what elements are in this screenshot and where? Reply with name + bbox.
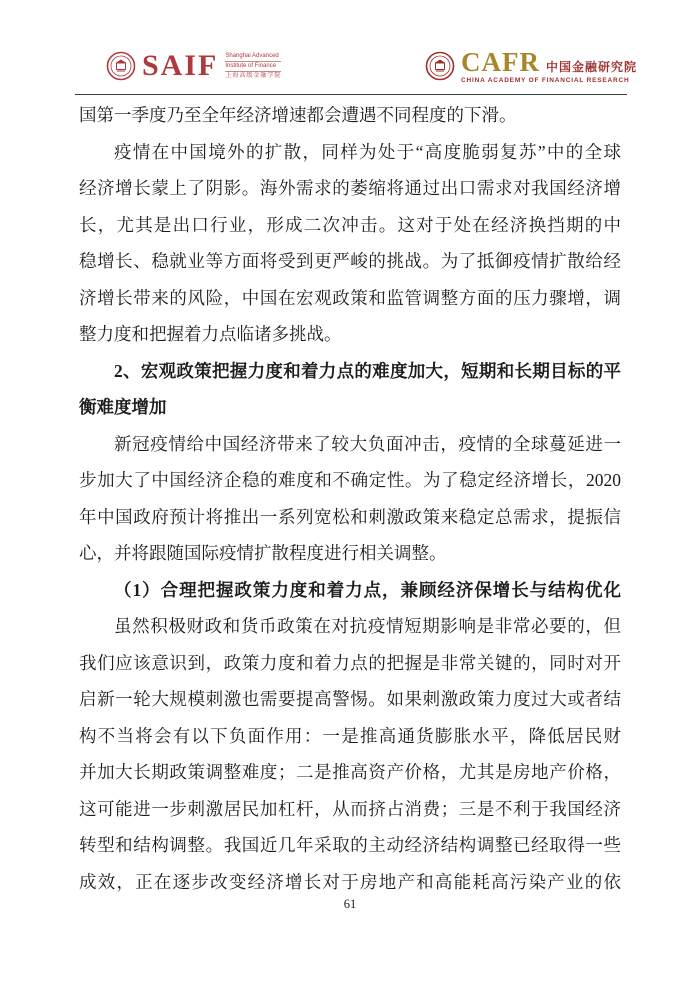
saif-seal-icon [106,51,136,81]
cafr-acronym: CAFR [461,49,540,75]
subsection-heading-line: （1）合理把握政策力度和着力点，兼顾经济保增长与结构优化 [79,572,621,609]
header-divider [75,94,627,95]
saif-acronym: SAIF [142,51,218,81]
text-line: 并加大长期政策调整难度；二是推高资产价格，尤其是房地产价格， [79,754,621,791]
saif-subtitle-en-2: Institute of Finance [225,62,281,72]
page-number: 61 [0,897,700,912]
text-line: 步加大了中国经济企稳的难度和不确定性。为了稳定经济增长，2020 [79,462,621,499]
text-line: 国第一季度乃至全年经济增速都会遭遇不同程度的下滑。 [79,97,621,134]
text-line: 虽然积极财政和货币政策在对抗疫情短期影响是非常必要的，但 [79,608,621,645]
section-heading-line: 衡难度增加 [79,389,621,426]
cafr-chinese-name: 中国金融研究院 [546,58,637,75]
report-page: SAIF Shanghai Advanced Institute of Fina… [0,0,700,990]
text-line: 心，并将跟随国际疫情扩散程度进行相关调整。 [79,535,621,572]
text-line: 转型和结构调整。我国近几年采取的主动经济结构调整已经取得一些 [79,827,621,864]
text-line: 这可能进一步刺激居民加杠杆，从而挤占消费；三是不利于我国经济 [79,791,621,828]
document-body: 国第一季度乃至全年经济增速都会遭遇不同程度的下滑。 疫情在中国境外的扩散，同样为… [79,97,621,900]
text-line: 新冠疫情给中国经济带来了较大负面冲击，疫情的全球蔓延进一 [79,426,621,463]
text-line: 成效，正在逐步改变经济增长对于房地产和高能耗高污染产业的依赖， [79,864,621,901]
cafr-logo: CAFR 中国金融研究院 CHINA ACADEMY OF FINANCIAL … [425,48,637,84]
cafr-english-name: CHINA ACADEMY OF FINANCIAL RESEARCH [461,77,637,84]
text-line: 稳增长、稳就业等方面将受到更严峻的挑战。为了抵御疫情扩散给经 [79,243,621,280]
text-line: 年中国政府预计将推出一系列宽松和刺激政策来稳定总需求，提振信 [79,499,621,536]
cafr-seal-icon [425,51,455,81]
text-line: 长，尤其是出口行业，形成二次冲击。这对于处在经济换挡期的中国， [79,207,621,244]
text-line: 济增长带来的风险，中国在宏观政策和监管调整方面的压力骤增，调 [79,280,621,317]
section-heading-line: 2、宏观政策把握力度和着力点的难度加大，短期和长期目标的平 [79,353,621,390]
text-line: 构不当将会有以下负面作用：一是推高通货膨胀水平，降低居民财富， [79,718,621,755]
cafr-text-block: CAFR 中国金融研究院 CHINA ACADEMY OF FINANCIAL … [461,49,637,84]
saif-subtitle-en-1: Shanghai Advanced [225,52,281,62]
saif-logo: SAIF Shanghai Advanced Institute of Fina… [106,48,281,84]
saif-subtitle-cn: 上海高级金融学院 [225,72,281,81]
saif-subtitle-block: Shanghai Advanced Institute of Finance 上… [225,52,281,81]
page-header: SAIF Shanghai Advanced Institute of Fina… [0,0,700,95]
text-line: 疫情在中国境外的扩散，同样为处于“高度脆弱复苏”中的全球 [79,134,621,171]
text-line: 启新一轮大规模刺激也需要提高警惕。如果刺激政策力度过大或者结 [79,681,621,718]
text-line: 我们应该意识到，政策力度和着力点的把握是非常关键的，同时对开 [79,645,621,682]
text-line: 经济增长蒙上了阴影。海外需求的萎缩将通过出口需求对我国经济增 [79,170,621,207]
text-line: 整力度和把握着力点临诸多挑战。 [79,316,621,353]
